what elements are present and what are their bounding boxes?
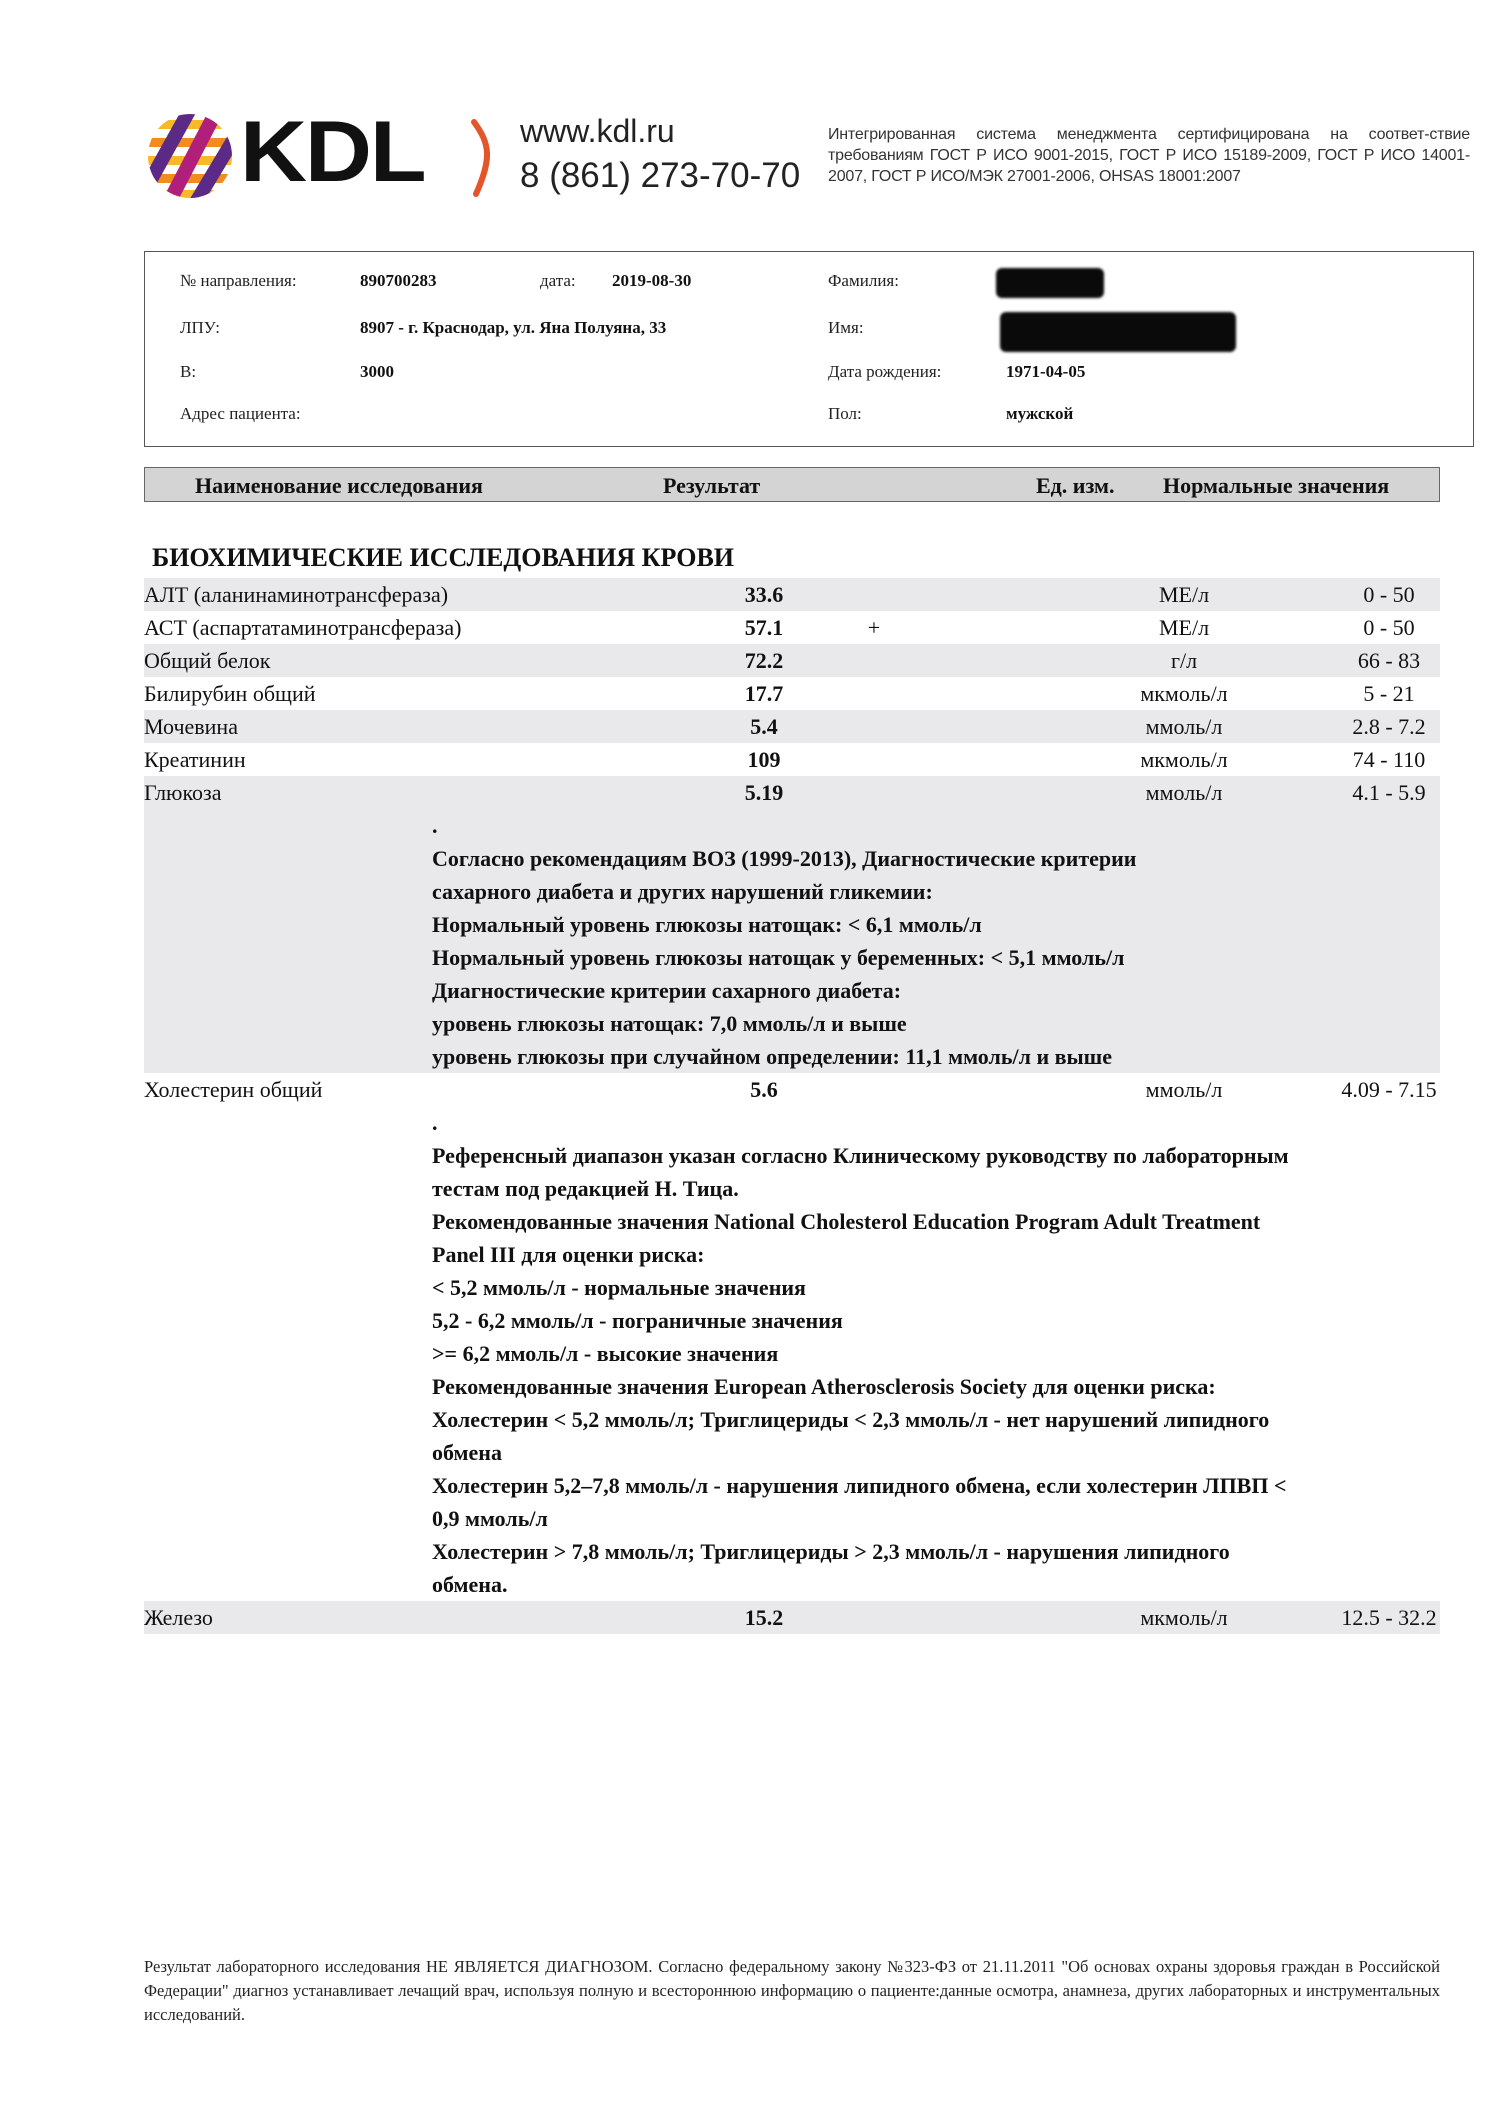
note-line: . [432, 1106, 1289, 1139]
note-line: тестам под редакцией Н. Тица. [432, 1172, 1289, 1205]
section-title: БИОХИМИЧЕСКИЕ ИССЛЕДОВАНИЯ КРОВИ [152, 543, 734, 573]
table-row: Глюкоза5.19ммоль/л4.1 - 5.9 [144, 776, 1440, 809]
patient-info-box [144, 251, 1474, 447]
kdl-logo-text: KDL [240, 104, 424, 200]
address-label: Адрес пациента: [180, 404, 301, 424]
unit: г/л [1094, 648, 1274, 674]
date-label: дата: [540, 271, 576, 291]
unit: мкмоль/л [1094, 1605, 1274, 1631]
unit: ммоль/л [1094, 1077, 1274, 1103]
certification-text: Интегрированная система менеджмента серт… [828, 124, 1470, 187]
table-row: Железо15.2мкмоль/л12.5 - 32.2 [144, 1601, 1440, 1634]
table-row: Билирубин общий17.7мкмоль/л5 - 21 [144, 677, 1440, 710]
test-name: Мочевина [144, 714, 238, 740]
unit: ммоль/л [1094, 780, 1274, 806]
note-line: . [432, 809, 1136, 842]
column-header-reference: Нормальные значения [1163, 473, 1389, 499]
glucose-note: .Согласно рекомендациям ВОЗ (1999-2013),… [144, 809, 1440, 1073]
reference-range: 4.09 - 7.15 [1304, 1077, 1474, 1103]
test-name: Холестерин общий [144, 1077, 322, 1103]
results-table-header: Наименование исследования Результат Ед. … [144, 467, 1440, 502]
note-line: Panel III для оценки риска: [432, 1238, 1289, 1271]
website-link[interactable]: www.kdl.ru [520, 112, 675, 150]
column-header-test: Наименование исследования [195, 473, 483, 499]
phone-number: 8 (861) 273-70-70 [520, 156, 800, 196]
kdl-logo-icon [146, 112, 234, 200]
reference-range: 0 - 50 [1304, 615, 1474, 641]
note-line: >= 6,2 ммоль/л - высокие значения [432, 1337, 1289, 1370]
note-line: Холестерин < 5,2 ммоль/л; Триглицериды <… [432, 1403, 1289, 1436]
lpu-value: 8907 - г. Краснодар, ул. Яна Полуяна, 33 [360, 318, 666, 338]
unit: ммоль/л [1094, 714, 1274, 740]
table-row: АЛТ (аланинаминотрансфераза)33.6МЕ/л0 - … [144, 578, 1440, 611]
table-row: Креатинин109мкмоль/л74 - 110 [144, 743, 1440, 776]
reference-range: 12.5 - 32.2 [1304, 1605, 1474, 1631]
name-label: Имя: [828, 318, 864, 338]
note-line: 5,2 - 6,2 ммоль/л - пограничные значения [432, 1304, 1289, 1337]
note-line: Нормальный уровень глюкозы натощак у бер… [432, 941, 1136, 974]
chevron-right-icon [468, 118, 498, 198]
test-name: Глюкоза [144, 780, 222, 806]
note-line: Холестерин 5,2–7,8 ммоль/л - нарушения л… [432, 1469, 1289, 1502]
test-name: Креатинин [144, 747, 246, 773]
note-line: обмена [432, 1436, 1289, 1469]
unit: МЕ/л [1094, 582, 1274, 608]
reference-range: 74 - 110 [1304, 747, 1474, 773]
note-line: обмена. [432, 1568, 1289, 1601]
disclaimer-footer: Результат лабораторного исследования НЕ … [144, 1955, 1440, 2027]
unit: мкмоль/л [1094, 681, 1274, 707]
result-value: 15.2 [684, 1605, 844, 1631]
note-line: сахарного диабета и других нарушений гли… [432, 875, 1136, 908]
note-line: уровень глюкозы при случайном определени… [432, 1040, 1136, 1073]
v-value: 3000 [360, 362, 394, 382]
note-line: < 5,2 ммоль/л - нормальные значения [432, 1271, 1289, 1304]
note-line: Согласно рекомендациям ВОЗ (1999-2013), … [432, 842, 1136, 875]
table-row: АСТ (аспартатаминотрансфераза)57.1+МЕ/л0… [144, 611, 1440, 644]
dob-label: Дата рождения: [828, 362, 941, 382]
result-value: 5.4 [684, 714, 844, 740]
unit: МЕ/л [1094, 615, 1274, 641]
result-value: 17.7 [684, 681, 844, 707]
note-line: Холестерин > 7,8 ммоль/л; Триглицериды >… [432, 1535, 1289, 1568]
result-value: 109 [684, 747, 844, 773]
reference-range: 2.8 - 7.2 [1304, 714, 1474, 740]
test-name: Билирубин общий [144, 681, 316, 707]
table-row: Мочевина5.4ммоль/л2.8 - 7.2 [144, 710, 1440, 743]
date-value: 2019-08-30 [612, 271, 691, 291]
surname-label: Фамилия: [828, 271, 899, 291]
table-row: Общий белок72.2г/л66 - 83 [144, 644, 1440, 677]
v-label: В: [180, 362, 196, 382]
column-header-unit: Ед. изм. [1036, 473, 1115, 499]
result-value: 33.6 [684, 582, 844, 608]
result-value: 72.2 [684, 648, 844, 674]
test-name: Железо [144, 1605, 213, 1631]
surname-redacted [996, 268, 1104, 298]
note-line: Рекомендованные значения National Choles… [432, 1205, 1289, 1238]
unit: мкмоль/л [1094, 747, 1274, 773]
reference-range: 66 - 83 [1304, 648, 1474, 674]
note-line: 0,9 ммоль/л [432, 1502, 1289, 1535]
column-header-result: Результат [663, 473, 760, 499]
note-line: Референсный диапазон указан согласно Кли… [432, 1139, 1289, 1172]
note-line: Рекомендованные значения European Athero… [432, 1370, 1289, 1403]
referral-value: 890700283 [360, 271, 437, 291]
reference-range: 4.1 - 5.9 [1304, 780, 1474, 806]
referral-label: № направления: [180, 271, 297, 291]
name-redacted [1000, 312, 1236, 352]
sex-value: мужской [1006, 404, 1073, 424]
dob-value: 1971-04-05 [1006, 362, 1085, 382]
note-line: Нормальный уровень глюкозы натощак: < 6,… [432, 908, 1136, 941]
test-name: АСТ (аспартатаминотрансфераза) [144, 615, 461, 641]
test-name: АЛТ (аланинаминотрансфераза) [144, 582, 448, 608]
abnormal-flag: + [859, 615, 889, 641]
cholesterol-note: .Референсный диапазон указан согласно Кл… [144, 1106, 1440, 1601]
test-name: Общий белок [144, 648, 270, 674]
note-line: уровень глюкозы натощак: 7,0 ммоль/л и в… [432, 1007, 1136, 1040]
sex-label: Пол: [828, 404, 862, 424]
reference-range: 5 - 21 [1304, 681, 1474, 707]
lpu-label: ЛПУ: [180, 318, 220, 338]
result-value: 57.1 [684, 615, 844, 641]
result-value: 5.6 [684, 1077, 844, 1103]
result-value: 5.19 [684, 780, 844, 806]
note-line: Диагностические критерии сахарного диабе… [432, 974, 1136, 1007]
table-row: Холестерин общий5.6ммоль/л4.09 - 7.15 [144, 1073, 1440, 1106]
reference-range: 0 - 50 [1304, 582, 1474, 608]
